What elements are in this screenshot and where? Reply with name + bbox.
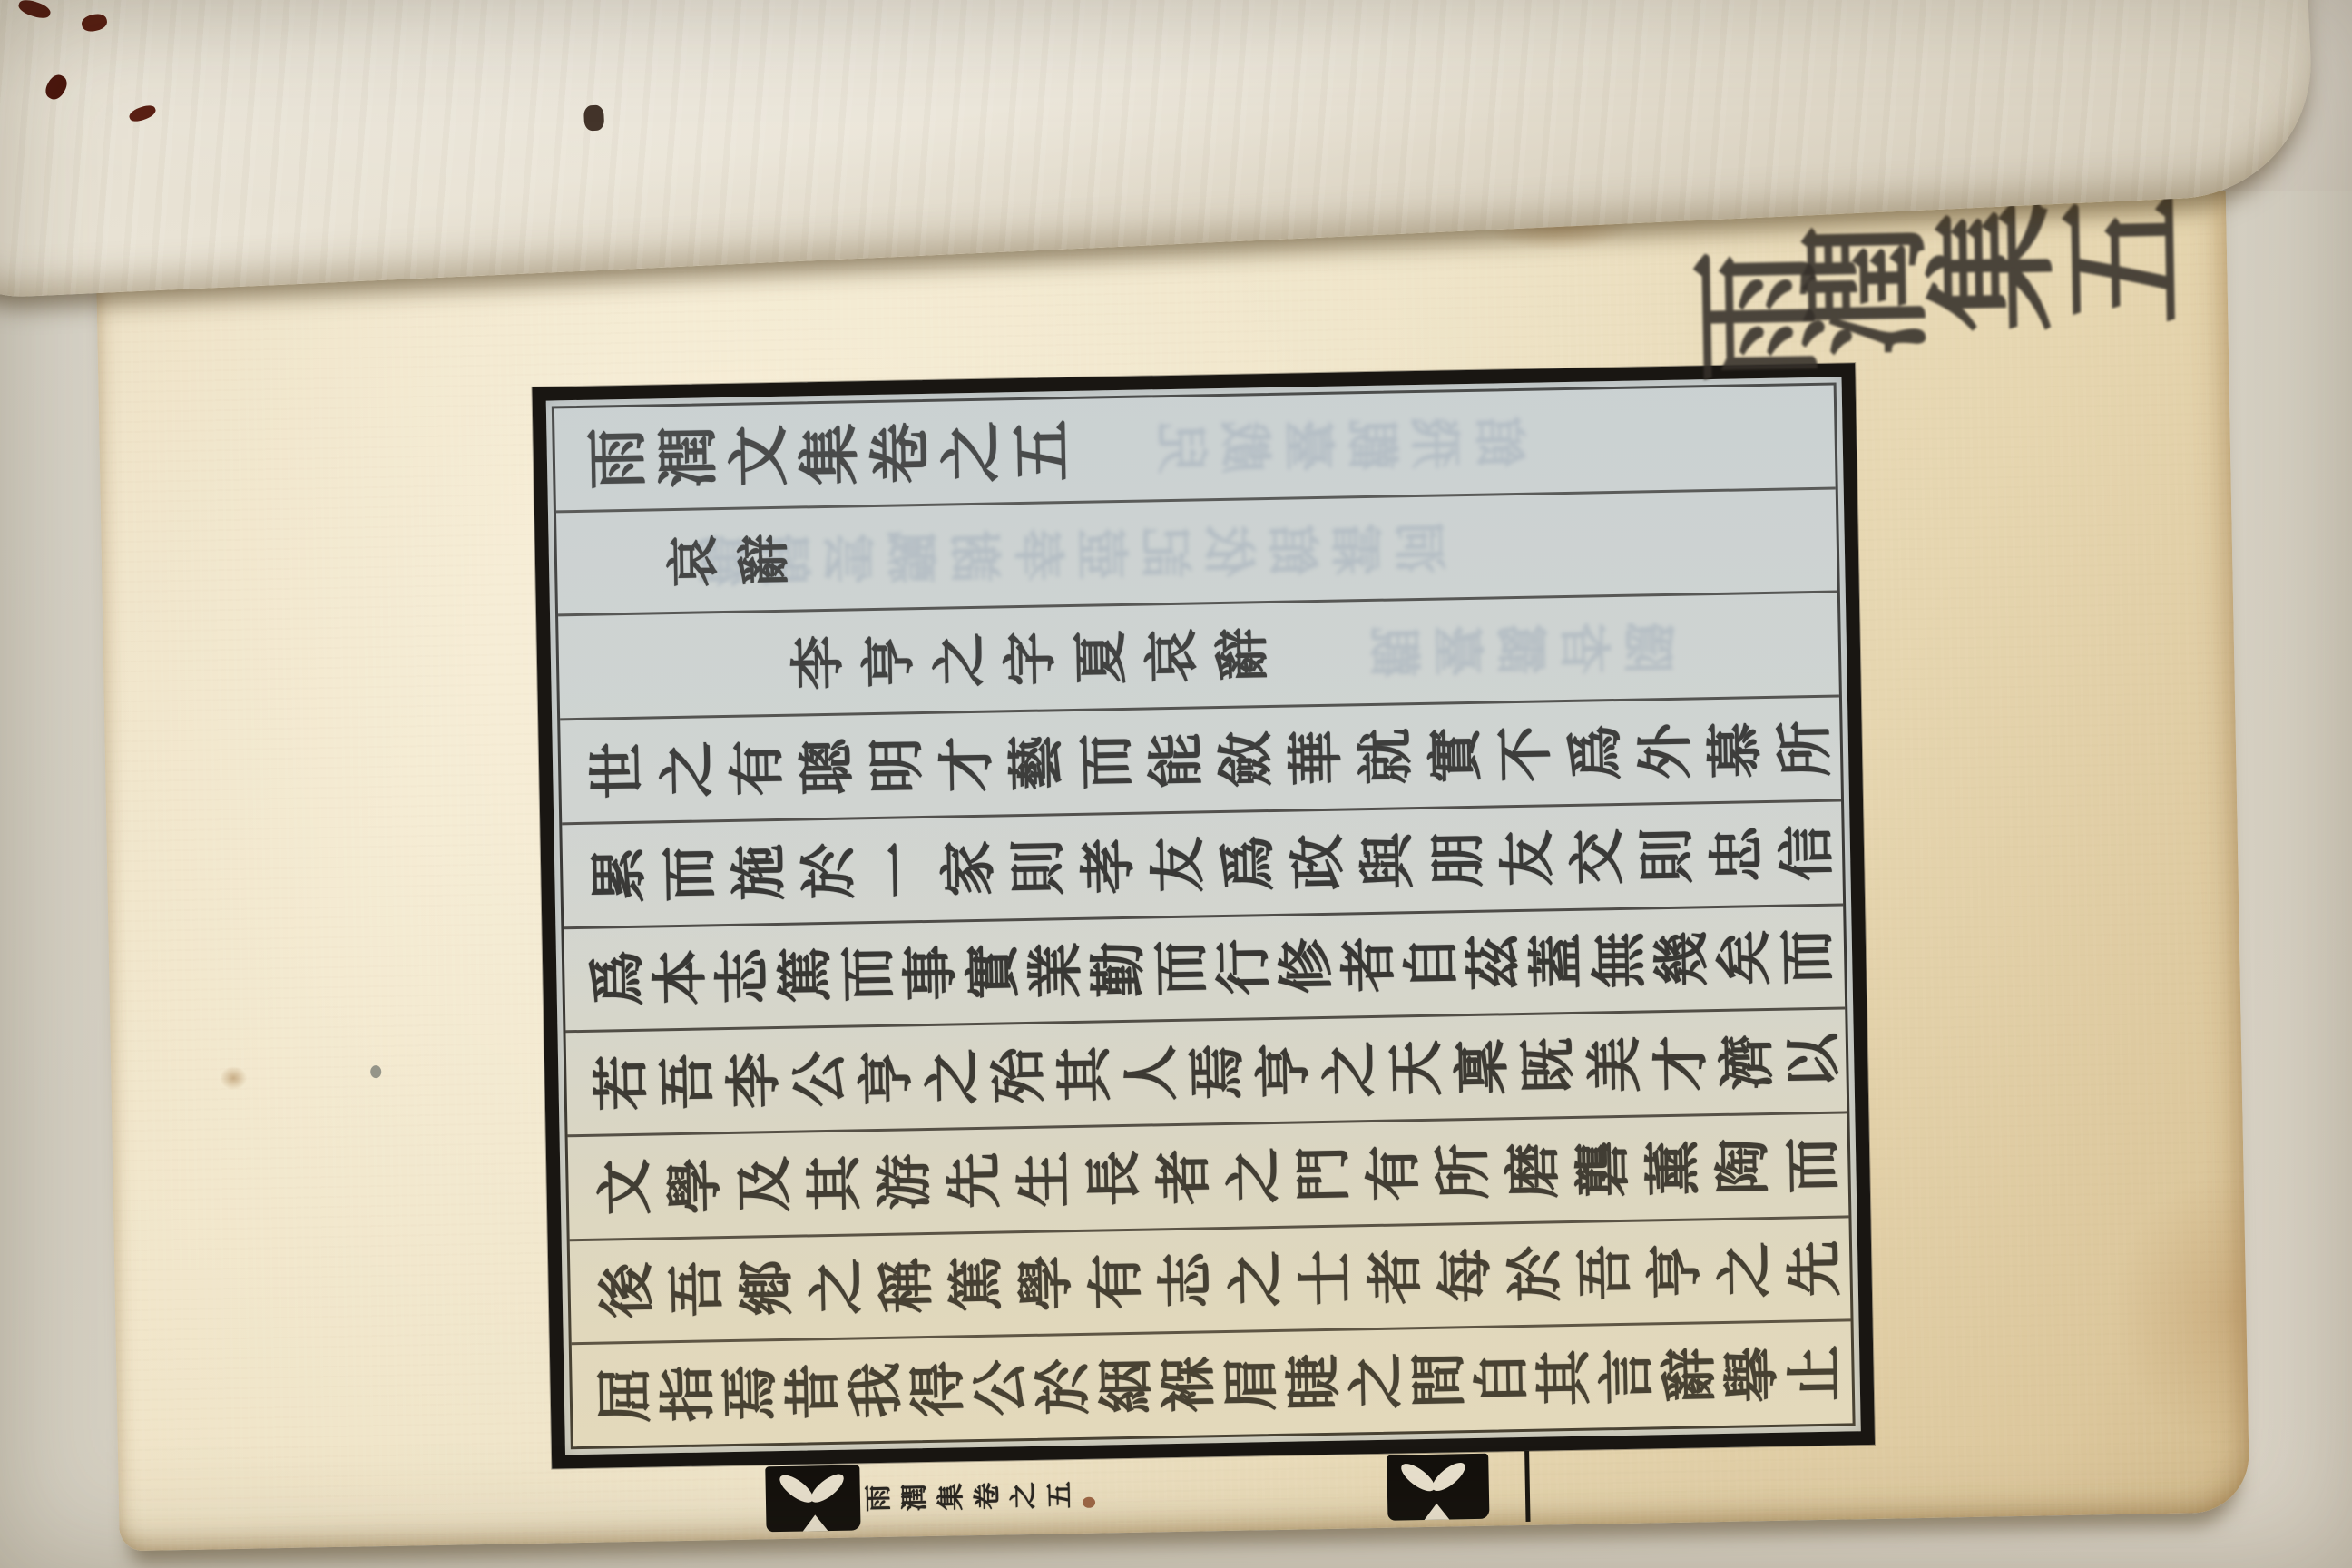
printed-glyph: 止	[1762, 1341, 1852, 1406]
printed-glyph: 信	[1755, 818, 1843, 889]
ink-bleedthrough-ghost-text: 洞霜館依記壺奉謝飄雲歸鶴	[692, 496, 1456, 612]
frame-rows: 館飛觀臺戲兒雨潤文集卷之五洞霜館依記壺奉謝飄雲歸鶴哀辭隱杳靄臺觀李亨之字夏哀辭世…	[552, 383, 1856, 1450]
column-text: 世之有聰明才藝而能斂華就實不爲外慕所	[576, 702, 1836, 818]
banxin-rule	[1524, 1451, 1530, 1522]
ink-bleedthrough-ghost-text: 館飛觀臺戲兒	[1153, 391, 1536, 499]
fishtail-petal	[1428, 1458, 1470, 1496]
column-text: 若吾李公亨之殆其人焉亨之天稟既美才濟以	[583, 1014, 1843, 1130]
printed-glyph: 五	[1029, 1476, 1086, 1514]
fishtail-notch	[797, 1514, 833, 1532]
banxin-title: 雨潤集卷之五	[857, 1466, 1075, 1526]
foxing-stain	[2110, 1172, 2250, 1449]
column-text: 雨潤文集卷之五	[576, 404, 1073, 505]
printed-glyph: 所	[1753, 713, 1841, 785]
fishtail-petal	[776, 1470, 818, 1507]
printed-glyph: 兒	[1142, 416, 1230, 481]
book-photograph: 館飛觀臺戲兒雨潤文集卷之五洞霜館依記壺奉謝飄雲歸鶴哀辭隱杳靄臺觀李亨之字夏哀辭世…	[0, 0, 2352, 1568]
fishtail-ornament-left	[765, 1465, 860, 1532]
printed-text-frame: 館飛觀臺戲兒雨潤文集卷之五洞霜館依記壺奉謝飄雲歸鶴哀辭隱杳靄臺觀李亨之字夏哀辭世…	[532, 363, 1875, 1469]
printed-glyph: 辭	[712, 524, 806, 596]
column-text: 文學及其游先生長者之門有所磨礱薰陶而	[584, 1118, 1844, 1233]
fishtail-ornament-right	[1387, 1454, 1489, 1521]
fishtail-notch	[1418, 1503, 1455, 1520]
dark-speck	[583, 105, 604, 132]
column-text: 爲本志篤而事實業勤而行修者自茲蓋無幾矣而	[580, 910, 1834, 1025]
handwritten-character: 五	[2023, 197, 2202, 320]
book-page: 館飛觀臺戲兒雨潤文集卷之五洞霜館依記壺奉謝飄雲歸鶴哀辭隱杳靄臺觀李亨之字夏哀辭世…	[95, 159, 2250, 1552]
fishtail-petal	[1397, 1459, 1439, 1496]
printed-glyph: 而	[1760, 1130, 1848, 1201]
printed-glyph: 而	[1755, 925, 1845, 989]
column-text: 哀辭	[652, 513, 796, 608]
fishtail-petal	[807, 1469, 848, 1507]
printed-glyph: 辭	[1191, 619, 1285, 691]
column-text: 累而施於一家則孝友爲政與朋友交則忠信	[578, 806, 1837, 921]
printed-glyph: 五	[990, 415, 1083, 487]
column-text: 李亨之字夏哀辭	[778, 608, 1275, 710]
column-text: 屈指焉昔我得公於絪褓眉睫之間自其言辭擧止	[588, 1327, 1842, 1442]
printed-glyph: 先	[1762, 1233, 1850, 1305]
foxing-stain	[220, 1066, 247, 1091]
printed-glyph: 以	[1761, 1027, 1847, 1095]
gray-speck	[370, 1065, 381, 1078]
printed-glyph: 觀	[1354, 620, 1442, 685]
ink-bleedthrough-ghost-text: 隱杳靄臺觀	[1366, 596, 1685, 703]
column-text: 後吾鄕之稱篤學有志之士者每於吾亨之先	[586, 1222, 1846, 1338]
